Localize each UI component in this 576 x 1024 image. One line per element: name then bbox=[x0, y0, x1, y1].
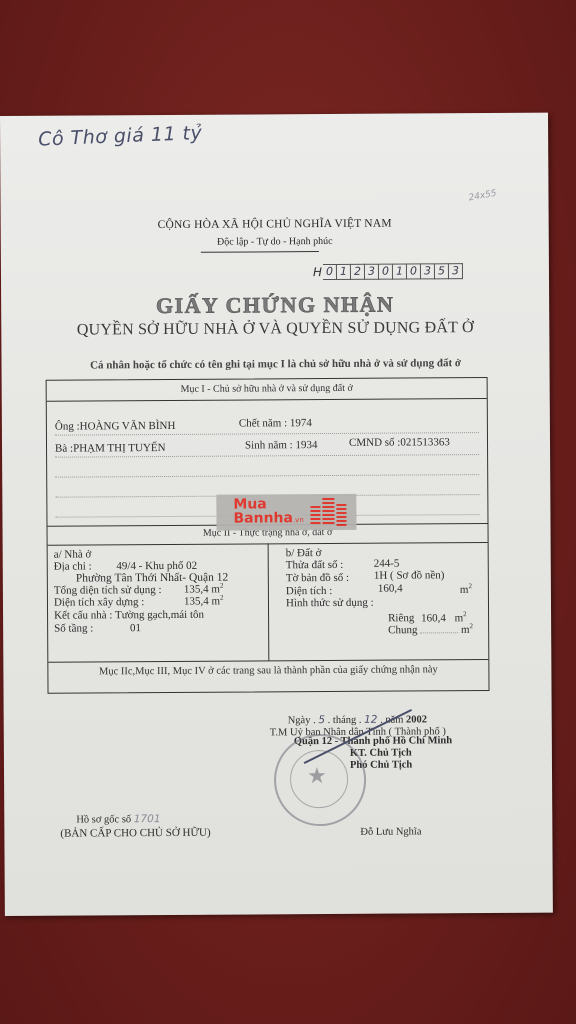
document-title: GIẤY CHỨNG NHẬN bbox=[1, 291, 549, 320]
pencil-note: 24x55 bbox=[468, 189, 498, 204]
column-divider bbox=[268, 543, 270, 660]
structure-row: Kết cấu nhà : Tường gạch,mái tôn bbox=[54, 609, 204, 622]
file-record-number: 1701 bbox=[134, 813, 161, 825]
floors-row: Số tầng : 01 bbox=[54, 622, 141, 635]
shared-area bbox=[420, 632, 458, 633]
serial-digit: 3 bbox=[365, 264, 379, 280]
map-label: Tờ bản đồ số : bbox=[286, 572, 349, 584]
owner2-row: Bà :PHẠM THỊ TUYẾN bbox=[55, 442, 166, 455]
unit: m bbox=[460, 584, 469, 596]
motto-underline bbox=[201, 251, 319, 253]
serial-digit: 1 bbox=[393, 264, 407, 280]
section1-heading: Mục I - Chủ sở hữu nhà ở và sử dụng đất … bbox=[47, 382, 487, 396]
build-area-label: Diện tích xây dựng : bbox=[54, 596, 144, 609]
serial-digit: 0 bbox=[407, 263, 421, 279]
copy-note: (BẢN CẤP CHO CHỦ SỞ HỮU) bbox=[60, 827, 210, 840]
death-year: 1974 bbox=[290, 417, 312, 429]
death-label: Chết năm : bbox=[239, 417, 287, 429]
year-value: 2002 bbox=[406, 714, 427, 725]
owner1-name: HOÀNG VĂN BÌNH bbox=[80, 420, 176, 433]
id-label: CMND số : bbox=[349, 437, 400, 449]
owner1-row: Ông :HOÀNG VĂN BÌNH bbox=[55, 420, 176, 433]
day-label: Ngày . bbox=[288, 715, 316, 726]
map-value: 1H ( Sơ đồ nền) bbox=[374, 569, 445, 581]
day-value: 5 bbox=[318, 714, 325, 726]
unit: m bbox=[211, 595, 220, 607]
building-icon bbox=[310, 506, 320, 526]
shared-row: Chung m2 bbox=[388, 622, 473, 636]
serial-digit: 1 bbox=[337, 264, 351, 280]
dotted-line bbox=[55, 454, 479, 458]
watermark-suffix: .vn bbox=[293, 516, 304, 524]
star-icon: ★ bbox=[307, 763, 327, 789]
owner2-birth: Sinh năm : 1934 bbox=[245, 439, 317, 451]
building-icon bbox=[322, 498, 334, 526]
serial-prefix: H bbox=[313, 265, 322, 279]
owner2-label: Bà : bbox=[55, 443, 73, 455]
total-area-label: Tổng diện tích sử dụng : bbox=[54, 584, 162, 597]
shared-label: Chung bbox=[388, 624, 417, 636]
official-seal: ★ bbox=[274, 734, 367, 827]
dotted-line bbox=[55, 474, 479, 478]
usage-label: Hình thức sử dụng : bbox=[286, 597, 374, 610]
serial-digit: 5 bbox=[435, 263, 449, 279]
build-area-value: 135,4 m2 bbox=[184, 594, 224, 608]
issue-date: Ngày . 5 . tháng . 12 . năm 2002 bbox=[288, 713, 427, 726]
parcel-label: Thửa đất số : bbox=[286, 559, 344, 571]
build-area: 135,4 bbox=[184, 595, 209, 607]
parcel-value: 244-5 bbox=[374, 558, 400, 570]
document-subtitle: QUYỀN SỞ HỮU NHÀ Ở VÀ QUYỀN SỬ DỤNG ĐẤT … bbox=[1, 319, 549, 340]
nation-heading: CỘNG HÒA XÃ HỘI CHỦ NGHĨA VIỆT NAM bbox=[1, 217, 549, 232]
structure-value: Tường gạch,mái tôn bbox=[115, 609, 204, 622]
birth-label: Sinh năm : bbox=[245, 439, 293, 451]
certificate-document: Cô Thơ giá 11 tỷ 24x55 CỘNG HÒA XÃ HỘI C… bbox=[0, 113, 553, 916]
land-title: b/ Đất ở bbox=[286, 547, 322, 559]
floors-label: Số tầng : bbox=[54, 622, 93, 634]
dotted-line bbox=[55, 432, 479, 436]
serial-digit: 2 bbox=[351, 264, 365, 280]
building-icon bbox=[336, 504, 346, 526]
watermark-text: Mua Bannha.vn bbox=[233, 497, 303, 527]
serial-number: H 0 1 2 3 0 1 0 3 5 3 bbox=[313, 263, 463, 280]
footer-note: Mục IIc,Mục III, Mục IV ở các trang sau … bbox=[48, 664, 488, 678]
national-motto: Độc lập - Tự do - Hạnh phúc bbox=[1, 235, 549, 249]
watermark-line2: Bannha bbox=[233, 510, 293, 526]
divider bbox=[47, 398, 487, 402]
address-row: Địa chỉ : 49/4 - Khu phố 02 bbox=[54, 560, 197, 573]
certificate-table: Mục I - Chủ sở hữu nhà ở và sử dụng đất … bbox=[46, 377, 490, 694]
handwritten-note: Cô Thơ giá 11 tỷ bbox=[38, 122, 203, 151]
address-label: Địa chỉ : bbox=[54, 560, 92, 572]
owner1-label: Ông : bbox=[55, 421, 80, 433]
divider bbox=[48, 659, 488, 663]
birth-year: 1934 bbox=[295, 439, 317, 451]
serial-digit: 3 bbox=[449, 263, 463, 279]
signature-area: Ngày . 5 . tháng . 12 . năm 2002 T.M Uỷ … bbox=[0, 113, 548, 116]
owner2-name: PHẠM THỊ TUYẾN bbox=[73, 442, 166, 455]
owner1-death: Chết năm : 1974 bbox=[239, 417, 312, 429]
serial-digit: 0 bbox=[379, 264, 393, 280]
house-title: a/ Nhà ở bbox=[54, 548, 92, 560]
owner2-id: CMND số :021513363 bbox=[349, 436, 450, 449]
address-line1: 49/4 - Khu phố 02 bbox=[116, 560, 197, 572]
floors-value: 01 bbox=[130, 622, 141, 634]
serial-digit: 3 bbox=[421, 263, 435, 279]
id-number: 021513363 bbox=[400, 436, 450, 448]
signer-name: Đỗ Lưu Nghĩa bbox=[360, 826, 421, 837]
land-area-label: Diện tích : bbox=[286, 585, 333, 597]
structure-label: Kết cấu nhà : bbox=[54, 609, 112, 621]
watermark-logo: Mua Bannha.vn bbox=[216, 494, 356, 531]
land-area-value: 160,4 bbox=[378, 583, 403, 595]
month-label: . tháng . bbox=[328, 715, 362, 726]
month-value: 12 bbox=[364, 714, 377, 726]
land-area-unit: m2 bbox=[460, 582, 472, 596]
file-record-label: Hồ sơ gốc số bbox=[76, 814, 131, 825]
file-record: Hồ sơ gốc số 1701 bbox=[76, 813, 160, 826]
seal-inner: ★ bbox=[290, 750, 348, 808]
intro-text: Cá nhân hoặc tổ chức có tên ghi tại mục … bbox=[1, 357, 549, 372]
serial-digit: 0 bbox=[323, 264, 337, 280]
